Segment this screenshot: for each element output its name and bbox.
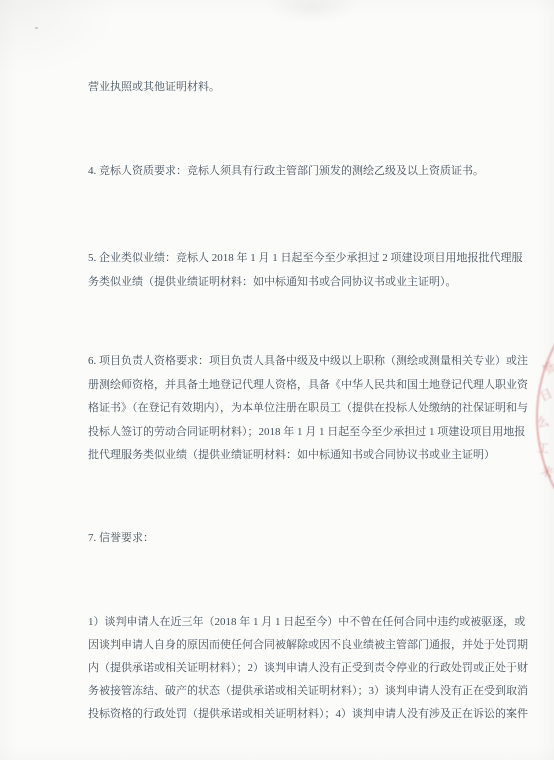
text-line: 6. 项目负责人资格要求：项目负责人具备中级及中级以上职称（测绘或测量相关专业）… [88,350,480,374]
text-line: 投标资格的行政处罚（提供承诺或相关证明材料）；4）谈判申请人没有涉及正在诉讼的案… [88,703,480,726]
clause-6-project-leader-qualification: 6. 项目负责人资格要求：项目负责人具备中级及中级以上职称（测绘或测量相关专业）… [88,350,480,468]
text-line: 投标人签订的劳动合同证明材料）；2018 年 1 月 1 日起至今至少承担过 1… [88,421,480,445]
scan-speck [35,27,38,29]
text-line: 内（提供承诺或相关证明材料）；2）谈判申请人没有正受到责令停业的行政处罚或正处于… [88,657,480,680]
text-line: 营业执照或其他证明材料。 [88,76,480,100]
clause-7-credit-requirement-items: 1）谈判申请人在近三年（2018 年 1 月 1 日起至今）中不曾在任何合同中违… [88,611,480,726]
clause-7-credit-requirement-heading: 7. 信誉要求： [88,527,480,551]
seal-glyph: 工 [536,441,549,454]
seal-glyph: 么 [536,415,550,429]
clause-4-bidder-qualification: 4. 竞标人资质要求：竞标人须具有行政主管部门颁发的测绘乙级及以上资质证书。 [88,160,480,184]
text-line: 务被接管冻结、破产的状态（提供承诺或相关证明材料）；3）谈判申请人没有正在受到取… [88,680,480,703]
clause-5-company-similar-performance: 5. 企业类似业绩：竞标人 2018 年 1 月 1 日起至今至少承担过 2 项… [88,247,480,294]
text-line: 因谈判申请人自身的原因而使任何合同被解除或因不良业绩被主管部门通报，并处于处罚期 [88,634,480,657]
text-line: 5. 企业类似业绩：竞标人 2018 年 1 月 1 日起至今至少承担过 2 项… [88,247,480,271]
text-line: 1）谈判申请人在近三年（2018 年 1 月 1 日起至今）中不曾在任何合同中违… [88,611,480,634]
text-line: 格证书》（在登记有效期内），为本单位注册在职员工（提供在投标人处缴纳的社保证明和… [88,397,480,421]
text-line: 7. 信誉要求： [88,527,480,551]
text-line: 批代理服务类似业绩（提供业绩证明材料：如中标通知书或合同协议书或业主证明） [88,444,480,468]
scanned-document-page: 营业执照或其他证明材料。 4. 竞标人资质要求：竞标人须具有行政主管部门颁发的测… [0,0,554,760]
text-line: 4. 竞标人资质要求：竞标人须具有行政主管部门颁发的测绘乙级及以上资质证书。 [88,160,480,184]
text-line: 册测绘师资格，并具备土地登记代理人资格，具备《中华人民共和国土地登记代理人职业资 [88,374,480,398]
text-line: 务类似业绩（提供业绩证明材料：如中标通知书或合同协议书或业主证明）。 [88,271,480,295]
paragraph-business-license: 营业执照或其他证明材料。 [88,76,480,100]
